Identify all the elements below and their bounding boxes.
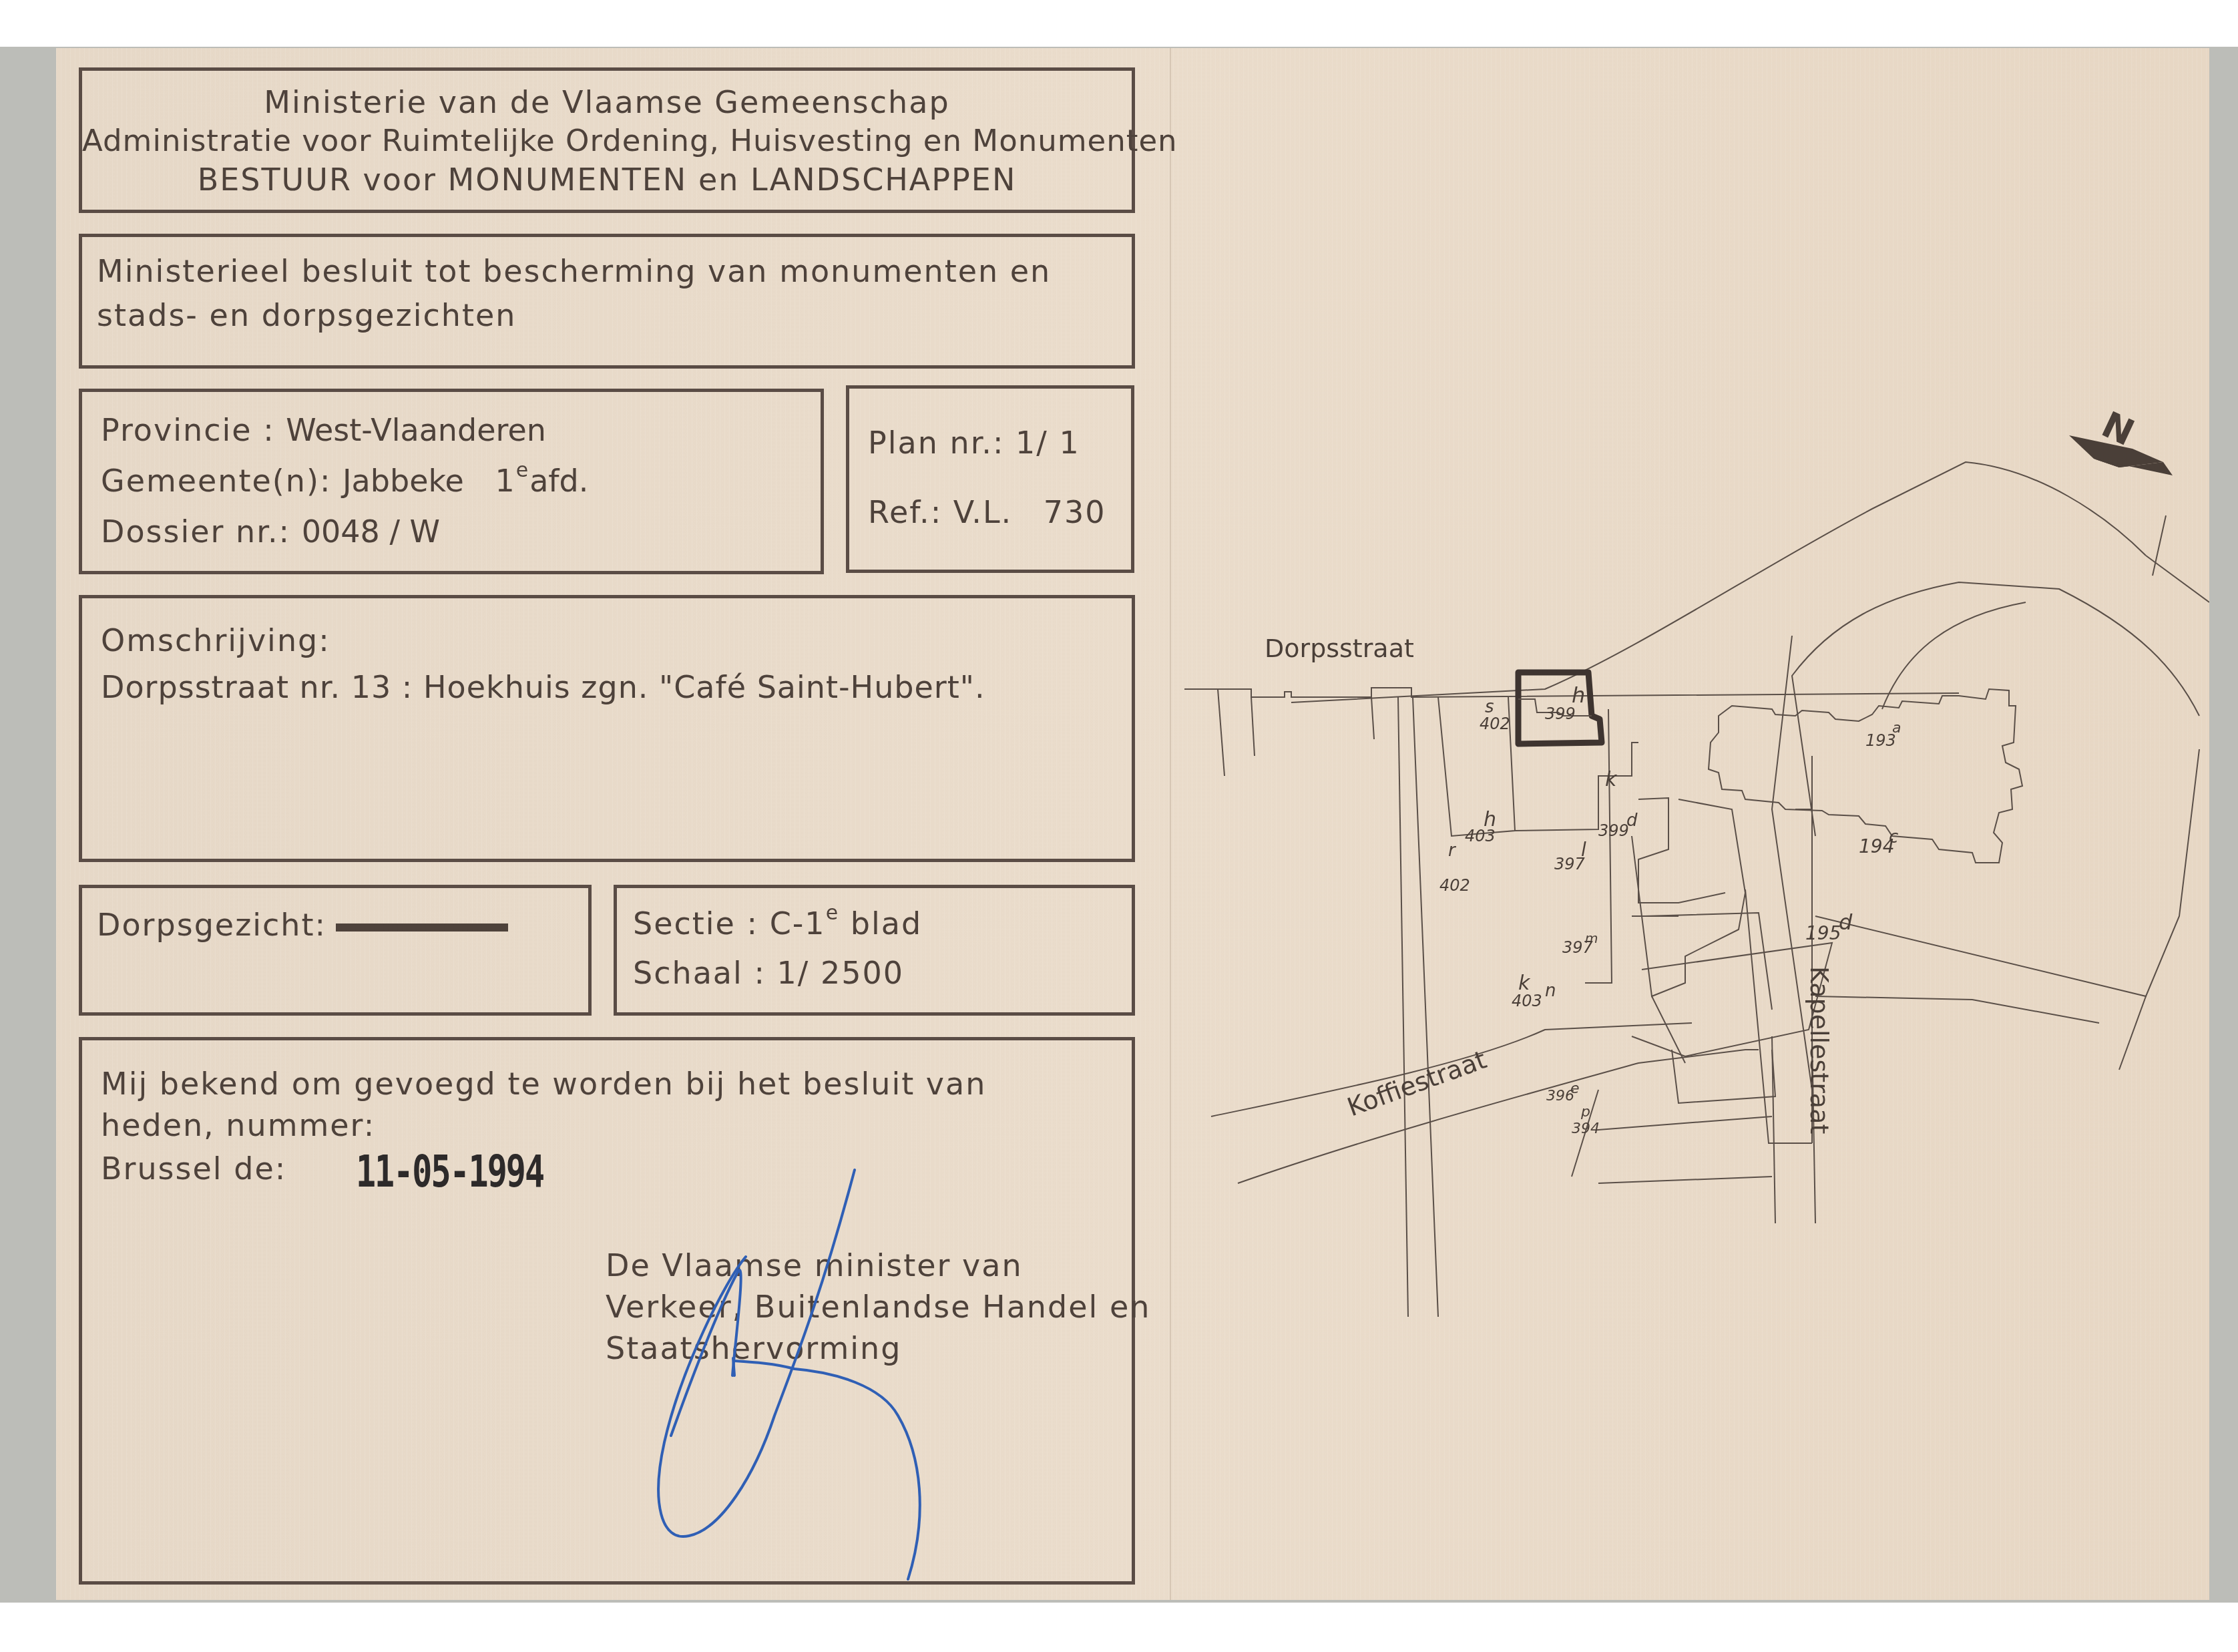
svg-text:k: k <box>1605 768 1618 791</box>
svg-text:399: 399 <box>1545 704 1576 723</box>
provincie-row: Provincie : West-Vlaanderen <box>101 412 546 448</box>
svg-text:l: l <box>1581 839 1586 861</box>
sectie-row: Sectie : C-1e blad <box>633 905 922 942</box>
svg-text:399: 399 <box>1598 821 1629 840</box>
header-box: Ministerie van de Vlaamse Gemeenschap Ad… <box>79 67 1135 213</box>
dossier-label: Dossier nr.: <box>101 513 290 550</box>
plan-label: Plan nr.: <box>868 425 1004 461</box>
description-label: Omschrijving: <box>101 622 330 658</box>
afdeling-number: 1 <box>495 463 515 499</box>
ref-row: Ref.: V.L. 730 <box>868 494 1106 530</box>
svg-text:m: m <box>1585 930 1598 946</box>
acknowledgement-line-1: Mij bekend om gevoegd te worden bij het … <box>101 1066 986 1102</box>
svg-text:193: 193 <box>1865 731 1896 750</box>
svg-text:402: 402 <box>1480 714 1510 733</box>
afdeling-text: afd. <box>529 463 588 499</box>
decree-line-2: stads- en dorpsgezichten <box>97 297 516 333</box>
gemeente-row: Gemeente(n): Jabbeke 1eafd. <box>101 463 588 499</box>
signature-box: Mij bekend om gevoegd te worden bij het … <box>79 1037 1135 1585</box>
svg-text:h: h <box>1572 682 1585 708</box>
svg-text:d: d <box>1839 909 1853 935</box>
administration-title: Administratie voor Ruimtelijke Ordening,… <box>82 123 1132 158</box>
ministry-title: Ministerie van de Vlaamse Gemeenschap <box>82 84 1132 120</box>
svg-text:a: a <box>1892 720 1901 737</box>
svg-text:d: d <box>1626 811 1638 831</box>
ref-value: 730 <box>1044 494 1106 530</box>
minister-line-1: De Vlaamse minister van <box>606 1247 1023 1283</box>
legend-box: Dorpsgezicht: <box>79 885 592 1016</box>
svg-text:e: e <box>1570 1080 1580 1097</box>
description-box: Omschrijving: Dorpsstraat nr. 13 : Hoekh… <box>79 595 1135 862</box>
afdeling-sup: e <box>516 459 529 482</box>
svg-text:k: k <box>1518 972 1531 995</box>
svg-text:p: p <box>1580 1104 1590 1120</box>
street-label-dorpsstraat: Dorpsstraat <box>1265 634 1414 663</box>
dorpsgezicht-row: Dorpsgezicht: <box>97 907 508 943</box>
plan-value: 1/ 1 <box>1016 425 1080 461</box>
section-box: Sectie : C-1e blad Schaal : 1/ 2500 <box>614 885 1135 1016</box>
svg-text:n: n <box>1545 981 1556 1001</box>
svg-text:394: 394 <box>1572 1120 1600 1137</box>
brussel-label: Brussel de: <box>101 1151 286 1187</box>
schaal-row: Schaal : 1/ 2500 <box>633 955 904 991</box>
sectie-label: Sectie : C-1 <box>633 905 826 942</box>
dorpsgezicht-line-symbol <box>336 923 508 932</box>
svg-text:r: r <box>1448 841 1457 861</box>
location-box: Provincie : West-Vlaanderen Gemeente(n):… <box>79 389 824 574</box>
bestuur-title: BESTUUR voor MONUMENTEN en LANDSCHAPPEN <box>82 162 1132 198</box>
svg-text:402: 402 <box>1439 876 1470 895</box>
sectie-suffix: blad <box>839 905 922 942</box>
plan-box: Plan nr.: 1/ 1 Ref.: V.L. 730 <box>846 385 1134 573</box>
decree-box: Ministerieel besluit tot bescherming van… <box>79 234 1135 369</box>
schaal-value: 1/ 2500 <box>777 955 904 991</box>
svg-text:s: s <box>1485 697 1494 717</box>
minister-line-2: Verkeer, Buitenlandse Handel en <box>606 1289 1150 1325</box>
street-label-kapellestraat: Kapellestraat <box>1805 966 1834 1134</box>
provincie-value: West-Vlaanderen <box>286 412 546 448</box>
svg-text:h: h <box>1484 808 1496 831</box>
north-arrow-icon: N <box>2069 403 2173 475</box>
decree-line-1: Ministerieel besluit tot bescherming van… <box>97 253 1051 289</box>
provincie-label: Provincie : <box>101 412 275 448</box>
ref-label: Ref.: V.L. <box>868 494 1012 530</box>
dossier-value: 0048 / W <box>302 513 440 550</box>
acknowledgement-line-2: heden, nummer: <box>101 1107 375 1143</box>
cadastral-map: N Dorpsstraat Kapellestraat Koffiestraat… <box>1171 48 2209 1600</box>
gemeente-label: Gemeente(n): <box>101 463 331 499</box>
sectie-sup: e <box>826 901 839 925</box>
gemeente-value: Jabbeke <box>343 463 464 499</box>
svg-text:195: 195 <box>1805 922 1841 944</box>
plan-row: Plan nr.: 1/ 1 <box>868 425 1080 461</box>
dossier-row: Dossier nr.: 0048 / W <box>101 513 440 550</box>
svg-text:c: c <box>1889 827 1898 847</box>
minister-line-3: Staatshervorming <box>606 1330 901 1366</box>
description-text: Dorpsstraat nr. 13 : Hoekhuis zgn. "Café… <box>101 669 985 705</box>
date-stamp: 11-05-1994 <box>356 1147 543 1197</box>
schaal-label: Schaal : <box>633 955 766 991</box>
dorpsgezicht-label: Dorpsgezicht: <box>97 907 326 943</box>
